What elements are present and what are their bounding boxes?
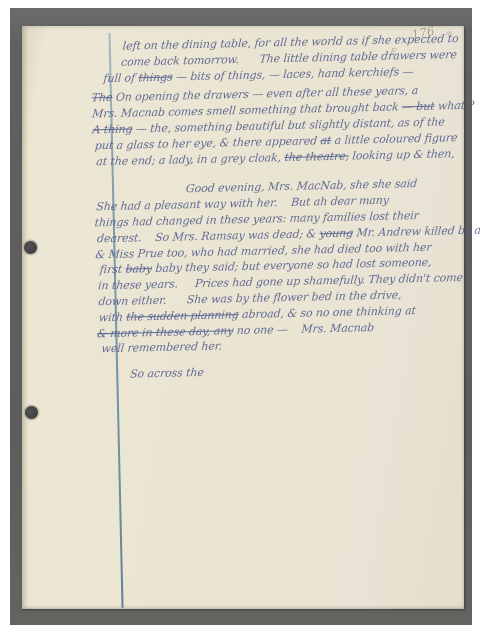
struck-text: young: [319, 226, 354, 240]
ink-text: looking up & then,: [349, 147, 456, 162]
text-block: left on the dining table, for all the wo…: [90, 31, 470, 383]
ink-text: Mr. Andrew killed by a shell: [353, 223, 480, 240]
ink-text: first: [99, 263, 126, 277]
struck-text: — but: [402, 100, 436, 114]
ink-text: a little coloured figure: [331, 131, 458, 147]
photo-backdrop: 176 m E left on the dining table, for al…: [10, 8, 472, 625]
struck-text: The: [91, 91, 113, 104]
ink-text: So across the: [130, 366, 205, 381]
struck-text: the theatre,: [284, 149, 350, 163]
struck-text: baby: [125, 262, 153, 276]
punch-hole-bottom: [25, 406, 38, 419]
ink-text: no one — Mrs. Macnab: [233, 321, 375, 337]
ink-text: full of: [103, 71, 139, 85]
struck-text: A thing: [92, 122, 133, 136]
struck-text: & more in these day, any: [97, 324, 234, 340]
manuscript-line: So across the: [129, 359, 470, 383]
punch-hole-top: [24, 241, 37, 254]
screenshot-root: { "document": { "kind": "handwritten man…: [0, 0, 480, 640]
ink-text: abroad, & so no one thinking at: [238, 304, 416, 321]
page-content: 176 m E left on the dining table, for al…: [15, 21, 470, 614]
ink-text: at the end; a lady, in a grey cloak,: [96, 151, 285, 168]
struck-text: things: [138, 70, 173, 84]
ink-text: well remembered her.: [101, 340, 223, 356]
manuscript-page: 176 m E left on the dining table, for al…: [22, 26, 464, 609]
ink-text: with: [98, 310, 127, 324]
ink-text: what ?: [434, 99, 475, 113]
struck-text: the sudden planning: [126, 308, 239, 324]
